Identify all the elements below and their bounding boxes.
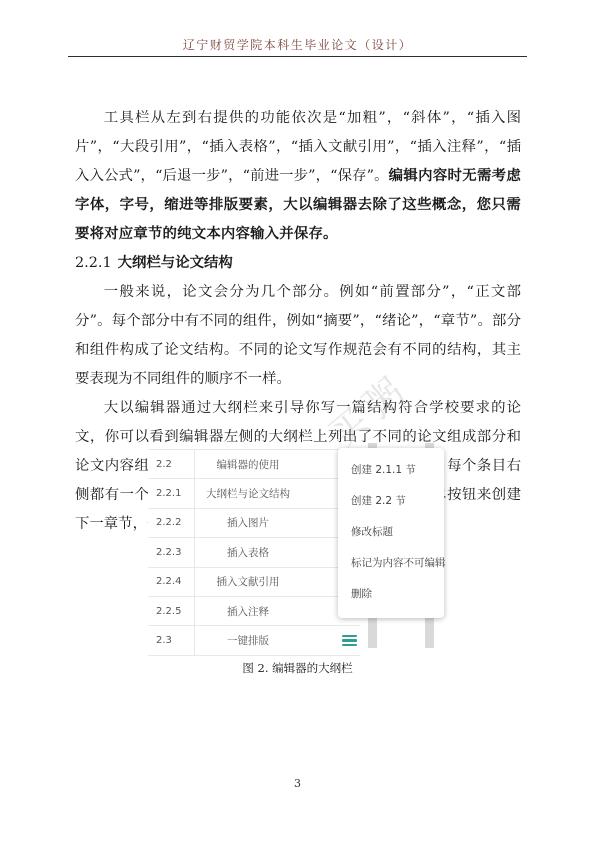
- header-rule: [68, 56, 527, 57]
- outline-row: 2.2.2插入图片: [148, 508, 360, 537]
- outline-row: 2.2.5插入注释: [148, 596, 360, 625]
- section-number: 2.2.1: [75, 255, 112, 271]
- menu-item-rename: 修改标题: [338, 517, 444, 548]
- outline-row-label: 一键排版: [195, 633, 301, 648]
- menu-item-create-subsection: 创建 2.1.1 节: [338, 455, 444, 486]
- menu-item-delete: 删除: [338, 579, 444, 610]
- list-menu-icon: [342, 635, 357, 646]
- section-heading: 2.2.1大纲栏与论文结构: [75, 249, 521, 278]
- page-header-title: 辽宁财贸学院本科生毕业论文（设计）: [0, 36, 595, 53]
- outline-row-label: 插入图片: [195, 515, 301, 530]
- paragraph-toolbar-functions: 工具栏从左到右提供的功能依次是“加粗”，“斜体”，“插入图片”，“大段引用”，“…: [75, 104, 521, 249]
- outline-row-number: 2.2.1: [148, 488, 194, 499]
- figure-caption: 图 2. 编辑器的大纲栏: [0, 660, 595, 676]
- outline-row-number: 2.2.5: [148, 606, 194, 617]
- figure-outline-screenshot: 2.2编辑器的使用 2.2.1大纲栏与论文结构 2.2.2插入图片 2.2.3插…: [145, 443, 467, 655]
- outline-row: 2.2.1大纲栏与论文结构: [148, 478, 360, 507]
- outline-row-label: 大纲栏与论文结构: [195, 486, 301, 501]
- outline-row-label: 插入表格: [195, 545, 301, 560]
- paragraph-thesis-structure: 一般来说，论文会分为几个部分。例如“前置部分”，“正文部分”。每个部分中有不同的…: [75, 278, 521, 394]
- outline-row: 2.2.4插入文献引用: [148, 567, 360, 596]
- outline-row-label: 插入文献引用: [195, 574, 301, 589]
- menu-item-mark-readonly: 标记为内容不可编辑: [338, 548, 444, 579]
- outline-row: 2.2编辑器的使用: [148, 449, 360, 478]
- outline-row: 2.3一键排版: [148, 625, 360, 655]
- section-title: 大纲栏与论文结构: [118, 255, 233, 271]
- outline-row-number: 2.3: [148, 635, 194, 646]
- menu-item-create-section: 创建 2.2 节: [338, 486, 444, 517]
- document-page: 辽宁财贸学院本科生毕业论文（设计） 工具栏从左到右提供的功能依次是“加粗”，“斜…: [0, 0, 595, 842]
- outline-row-number: 2.2.3: [148, 547, 194, 558]
- outline-row-number: 2.2.2: [148, 517, 194, 528]
- outline-row-label: 编辑器的使用: [195, 457, 301, 472]
- page-number: 3: [0, 777, 595, 790]
- context-menu: 创建 2.1.1 节 创建 2.2 节 修改标题 标记为内容不可编辑 删除: [338, 448, 444, 618]
- outline-row-label: 插入注释: [195, 604, 301, 619]
- outline-panel: 2.2编辑器的使用 2.2.1大纲栏与论文结构 2.2.2插入图片 2.2.3插…: [148, 449, 360, 656]
- outline-row-number: 2.2: [148, 459, 194, 470]
- outline-row: 2.2.3插入表格: [148, 537, 360, 566]
- outline-row-number: 2.2.4: [148, 576, 194, 587]
